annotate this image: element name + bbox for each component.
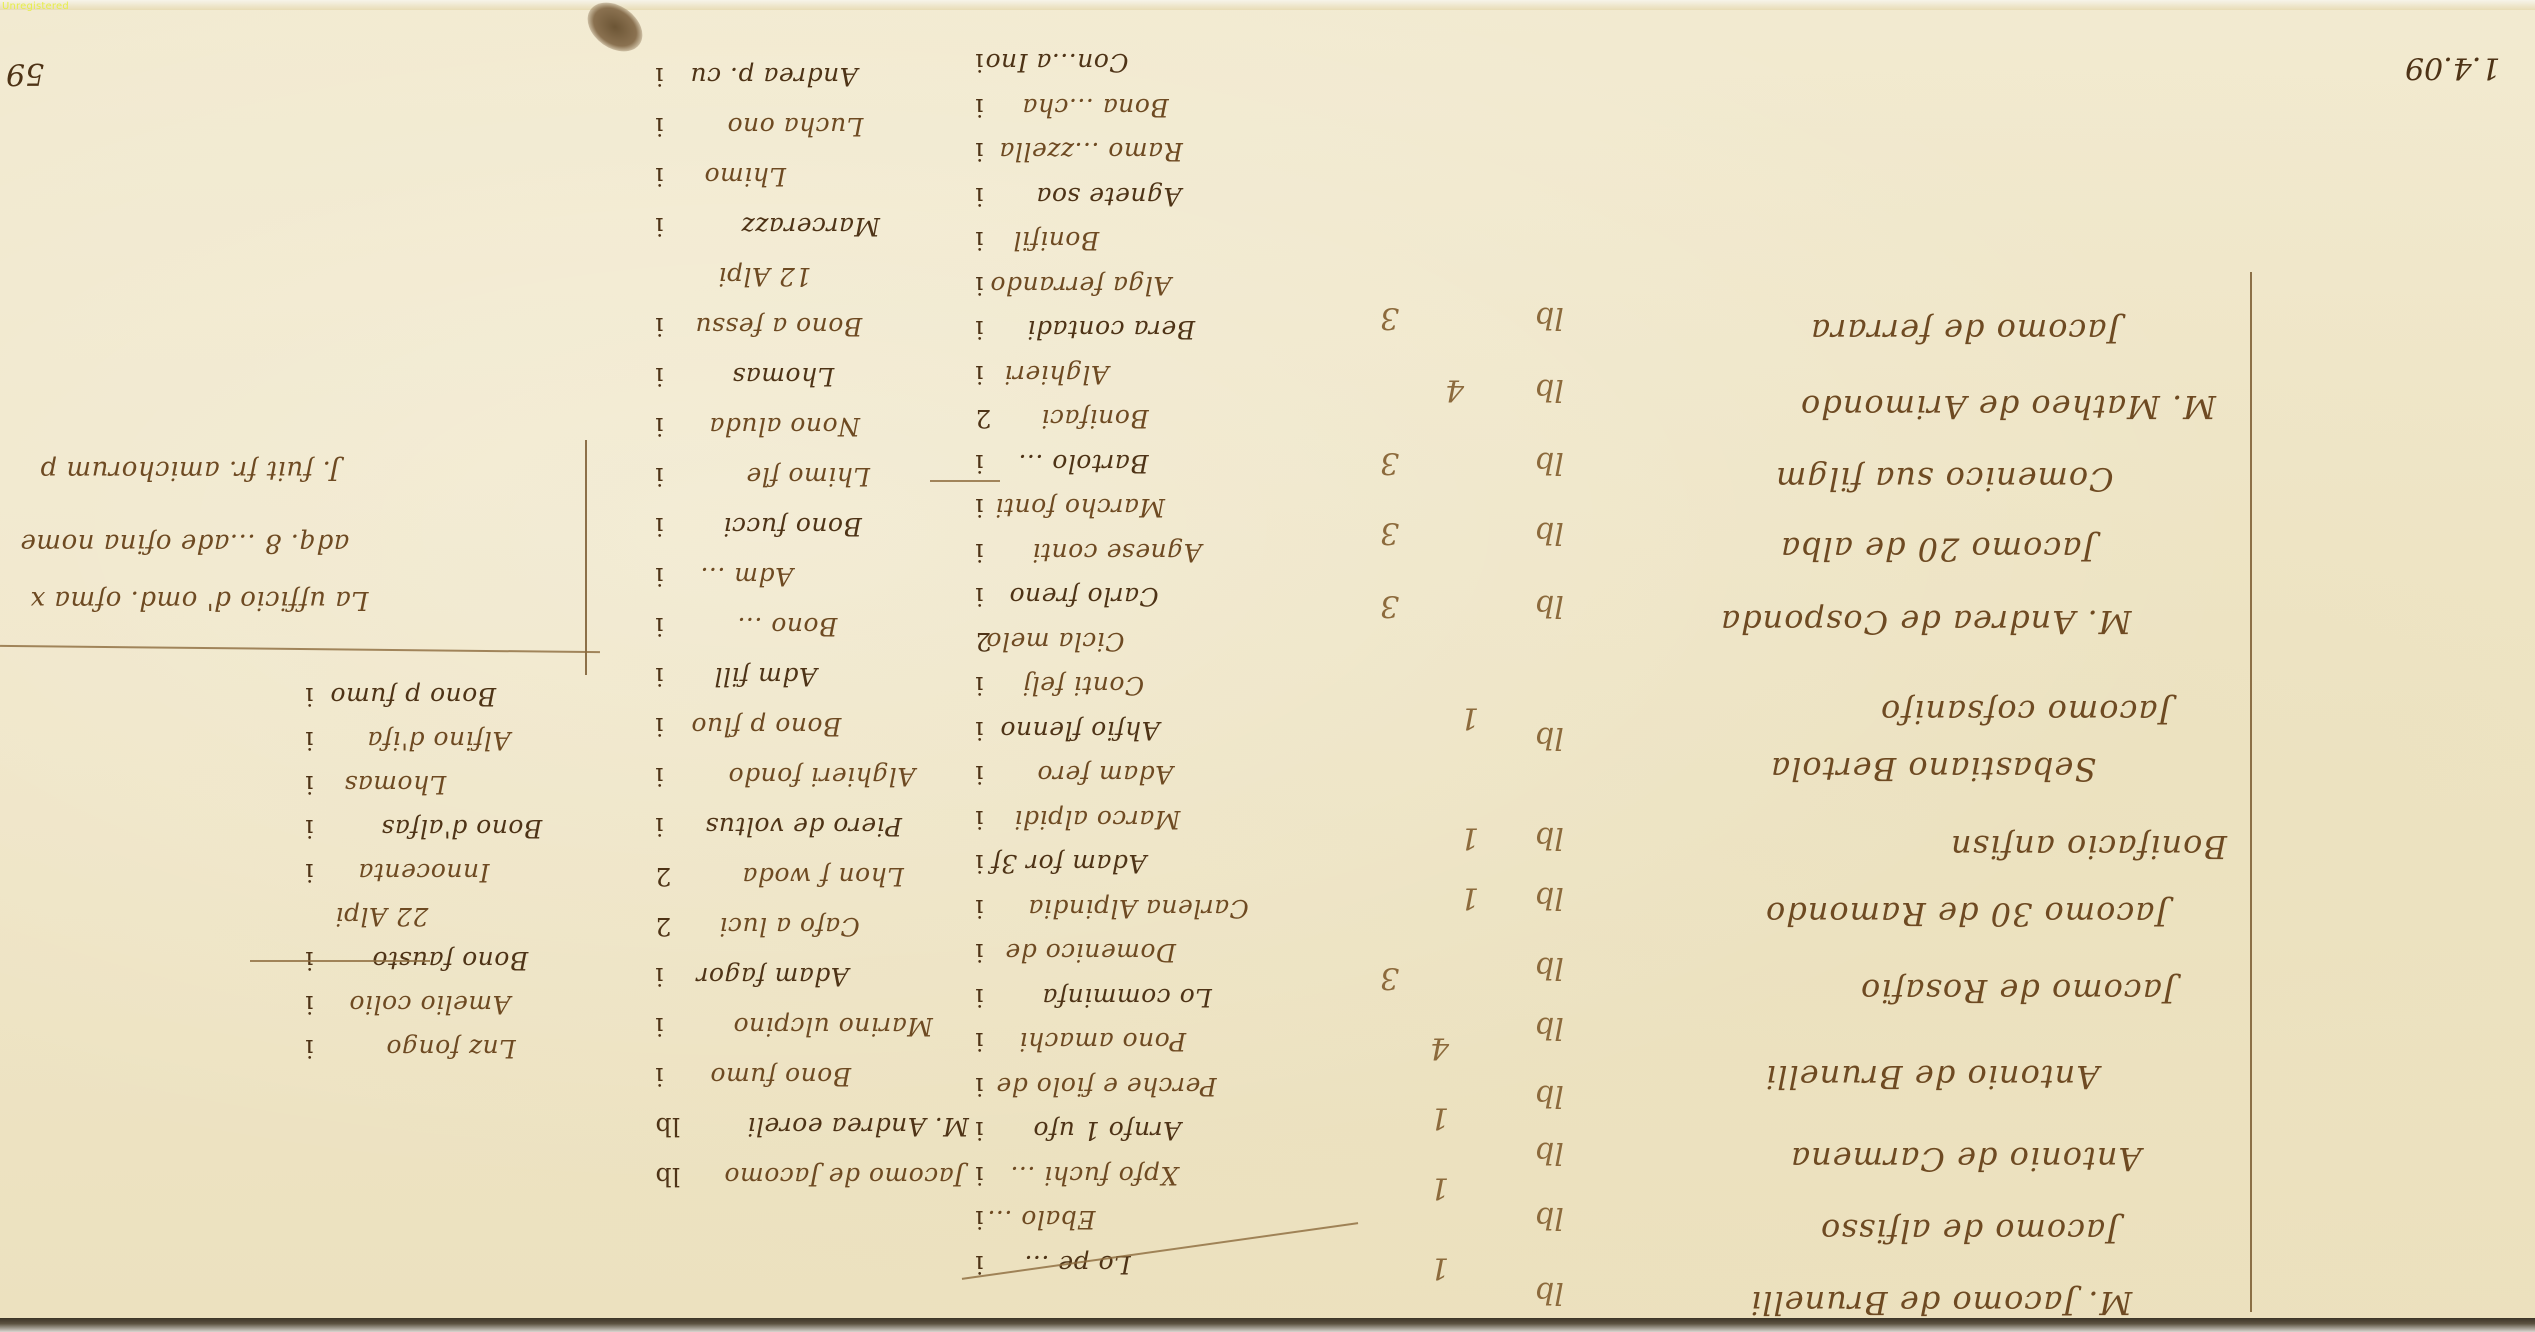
list-entry: 22 Alpi [335, 902, 428, 931]
tally-mark: i [655, 712, 664, 741]
folio-number-right: 1.4.09 [2405, 50, 2500, 85]
list-entry: Antonio de Carmena [1790, 1140, 2142, 1178]
tally-mark: i [305, 770, 314, 799]
list-entry: Innocenta [358, 858, 489, 887]
list-entry: Marco alpidi [1014, 805, 1180, 834]
list-entry: Bonifaci [1041, 404, 1149, 433]
tally-mark: 2 [975, 627, 991, 656]
tally-mark: i [975, 137, 984, 166]
list-entry: Ebalo ... [987, 1205, 1096, 1234]
separator-rule [250, 960, 430, 962]
tally-mark: i [655, 412, 664, 441]
list-entry: Ahfio flenno [1000, 716, 1160, 745]
tally-mark: i [655, 162, 664, 191]
note-line: J. fuit fr. amichorum p [40, 455, 340, 485]
list-entry: Nono aluda [709, 412, 860, 441]
pound-mark: lb [1535, 588, 1564, 623]
list-entry: Antonio de Brunelli [1765, 1058, 2099, 1096]
list-entry: Bono ... [737, 612, 837, 641]
list-entry: Alghieri [1004, 360, 1109, 389]
tally-mark: i [975, 849, 984, 878]
list-entry: Jacomo cofsanifo [1880, 693, 2171, 731]
tally-mark: i [655, 562, 664, 591]
list-entry: Amelio colio [349, 990, 511, 1019]
tally-mark: i [975, 1116, 984, 1145]
pound-mark: lb [1535, 515, 1564, 550]
manuscript-page [0, 0, 2535, 1318]
list-entry: Marcerazz [741, 212, 880, 241]
pound-mark: lb [1535, 445, 1564, 480]
tally-mark: i [305, 990, 314, 1019]
list-entry: Jacomo de ferrara [1810, 312, 2120, 350]
pound-mark: lb [1535, 372, 1564, 407]
list-entry: Alfino d'ifa [367, 726, 510, 755]
tally-mark: i [655, 312, 664, 341]
pound-mark: lb [1535, 880, 1564, 915]
tally-mark: i [975, 360, 984, 389]
list-entry: Jacomo de Rosafio [1860, 972, 2176, 1010]
list-entry: Lhomas [344, 770, 446, 799]
list-entry: M. Jacomo de Brunelli [1750, 1284, 2132, 1322]
tally-mark: i [975, 1027, 984, 1056]
list-entry: Lo pe ... [1024, 1250, 1131, 1279]
list-entry: Jacomo de alfisso [1820, 1212, 2119, 1250]
pound-mark: lb [1535, 1010, 1564, 1045]
list-entry: Bono p fumo [330, 682, 496, 711]
tally-mark: i [655, 662, 664, 691]
list-entry: Lo comminfa [1042, 983, 1212, 1012]
tally-mark: 2 [655, 862, 671, 891]
tally-mark: i [975, 538, 984, 567]
tally-mark: i [975, 938, 984, 967]
tally-mark: i [655, 962, 664, 991]
list-entry: Lhimo fle [746, 462, 870, 491]
quantity-mark: 1 [1460, 880, 1479, 915]
pound-mark: lb [1535, 1078, 1564, 1113]
scan-border [0, 1318, 2535, 1332]
list-entry: Andrea p. cu [690, 62, 858, 91]
list-entry: Jacomo 30 de Ramondo [1765, 895, 2168, 933]
tally-mark: i [305, 814, 314, 843]
tally-mark: i [305, 682, 314, 711]
tally-mark: i [975, 315, 984, 344]
quantity-mark: 1 [1460, 820, 1479, 855]
note-line: adq. 8 ...ade ofina nome [20, 528, 349, 558]
list-entry: Conti felj [1023, 671, 1144, 700]
tally-mark: i [975, 182, 984, 211]
tally-mark: i [655, 512, 664, 541]
list-entry: Carlo freno [1009, 582, 1159, 611]
tally-mark: i [655, 212, 664, 241]
list-entry: Adm fill [714, 662, 817, 691]
tally-mark: i [655, 812, 664, 841]
quantity-mark: 4 [1445, 372, 1464, 407]
pound-mark: lb [1535, 950, 1564, 985]
list-entry: Bonifil [1013, 226, 1099, 255]
tally-mark: i [975, 983, 984, 1012]
tally-mark: 2 [655, 912, 671, 941]
list-entry: M. Matheo de Arimondo [1800, 388, 2216, 426]
tally-mark: lb [655, 1112, 680, 1141]
tally-mark: i [975, 582, 984, 611]
list-entry: Perche e fiolo de [996, 1072, 1217, 1101]
tally-mark: i [975, 716, 984, 745]
note-box-edge [585, 440, 587, 675]
tally-mark: i [975, 805, 984, 834]
pound-mark: lb [1535, 1200, 1564, 1235]
list-entry: Bonifacio anfisn [1950, 828, 2227, 866]
list-entry: M. Andrea de Cosponda [1720, 603, 2131, 641]
tally-mark: i [305, 726, 314, 755]
list-entry: Alga ferrando [990, 271, 1171, 300]
tally-mark: i [975, 894, 984, 923]
quantity-mark: 3 [1380, 300, 1399, 335]
list-entry: Bono fucci [723, 512, 862, 541]
list-entry: Bona ...cha [1022, 93, 1169, 122]
pound-mark: lb [1535, 300, 1564, 335]
list-entry: Agnete soa [1036, 182, 1182, 211]
quantity-mark: 1 [1430, 1250, 1449, 1285]
list-entry: Lhon f woda [742, 862, 904, 891]
list-entry: Lnz fongo [386, 1034, 516, 1063]
quantity-mark: 1 [1460, 700, 1479, 735]
tally-mark: i [655, 62, 664, 91]
list-entry: Adam for 3f [991, 849, 1146, 878]
quantity-mark: 3 [1380, 515, 1399, 550]
tally-mark: i [975, 1205, 984, 1234]
pound-mark: lb [1535, 720, 1564, 755]
tally-mark: i [655, 1062, 664, 1091]
list-entry: Jacomo 20 de alba [1780, 530, 2095, 568]
tally-mark: i [655, 112, 664, 141]
tally-mark: i [655, 1012, 664, 1041]
list-entry: Piero de voltus [705, 812, 902, 841]
torn-top-edge [0, 0, 2535, 10]
tally-mark: i [305, 858, 314, 887]
tally-mark: i [655, 462, 664, 491]
list-entry: Domenico de [1005, 938, 1176, 967]
list-entry: Bartolo ... [1018, 449, 1149, 478]
tally-mark: i [975, 449, 984, 478]
list-entry: Adam fero [1037, 760, 1173, 789]
note-line: La ufficio d' omd. ofma x [30, 585, 369, 615]
folio-number-left: 59 [6, 56, 44, 91]
tally-mark: i [975, 671, 984, 700]
list-entry: M. Andrea eoreli [747, 1112, 969, 1141]
separator-rule [930, 480, 1000, 482]
quantity-mark: 3 [1380, 960, 1399, 995]
pound-mark: lb [1535, 1275, 1564, 1310]
list-entry: Arnfo 1 ufo [1033, 1116, 1181, 1145]
list-entry: Bono fumo [710, 1062, 851, 1091]
tally-mark: i [305, 1034, 314, 1063]
tally-mark: 2 [975, 404, 991, 433]
list-entry: Adm ... [700, 562, 793, 591]
quantity-mark: 3 [1380, 588, 1399, 623]
pound-mark: lb [1535, 1135, 1564, 1170]
list-entry: Adam fagor [696, 962, 849, 991]
quantity-mark: 1 [1430, 1170, 1449, 1205]
tally-mark: i [975, 760, 984, 789]
list-entry: Jacomo de Jacomo [724, 1162, 964, 1191]
tally-mark: i [975, 93, 984, 122]
list-entry: Cafo a luci [719, 912, 860, 941]
list-entry: Ramo ...zzella [999, 137, 1183, 166]
quantity-mark: 1 [1430, 1100, 1449, 1135]
list-entry: Bono p fluo [691, 712, 841, 741]
list-entry: Marino ulcpino [733, 1012, 933, 1041]
list-entry: Lucha ono [727, 112, 863, 141]
list-entry: Xpfo fuchi ... [1010, 1161, 1178, 1190]
list-entry: Cicla melo [986, 627, 1125, 656]
list-entry: Con...a Ino [985, 48, 1129, 77]
list-entry: Alghieri fondo [728, 762, 915, 791]
list-entry: Agnese conti [1032, 538, 1202, 567]
tally-mark: i [655, 612, 664, 641]
list-entry: Lhimo [704, 162, 786, 191]
quantity-mark: 4 [1430, 1030, 1449, 1065]
tally-mark: i [655, 762, 664, 791]
list-entry: Marcho fonti [995, 493, 1165, 522]
right-list-brace [2250, 272, 2252, 1312]
list-entry: Bera contadi [1027, 315, 1195, 344]
tally-mark: i [975, 1072, 984, 1101]
tally-mark: i [655, 362, 664, 391]
quantity-mark: 3 [1380, 445, 1399, 480]
tally-mark: i [975, 48, 984, 77]
list-entry: Bono d'alfas [381, 814, 542, 843]
list-entry: Sebastiano Bertola [1770, 750, 2096, 788]
list-entry: Carlena Alpindia [1028, 894, 1249, 923]
tally-mark: i [975, 226, 984, 255]
list-entry: 12 Alpi [718, 262, 811, 291]
list-entry: Comenico sua filgm [1775, 460, 2114, 498]
pound-mark: lb [1535, 820, 1564, 855]
tally-mark: i [975, 1161, 984, 1190]
tally-mark: i [975, 493, 984, 522]
list-entry: Pono amachi [1019, 1027, 1186, 1056]
list-entry: Lhomas [732, 362, 834, 391]
list-entry: Bono a fessu [695, 312, 862, 341]
tally-mark: i [975, 271, 984, 300]
tally-mark: lb [655, 1162, 680, 1191]
watermark-label: Unregistered [2, 1, 69, 12]
